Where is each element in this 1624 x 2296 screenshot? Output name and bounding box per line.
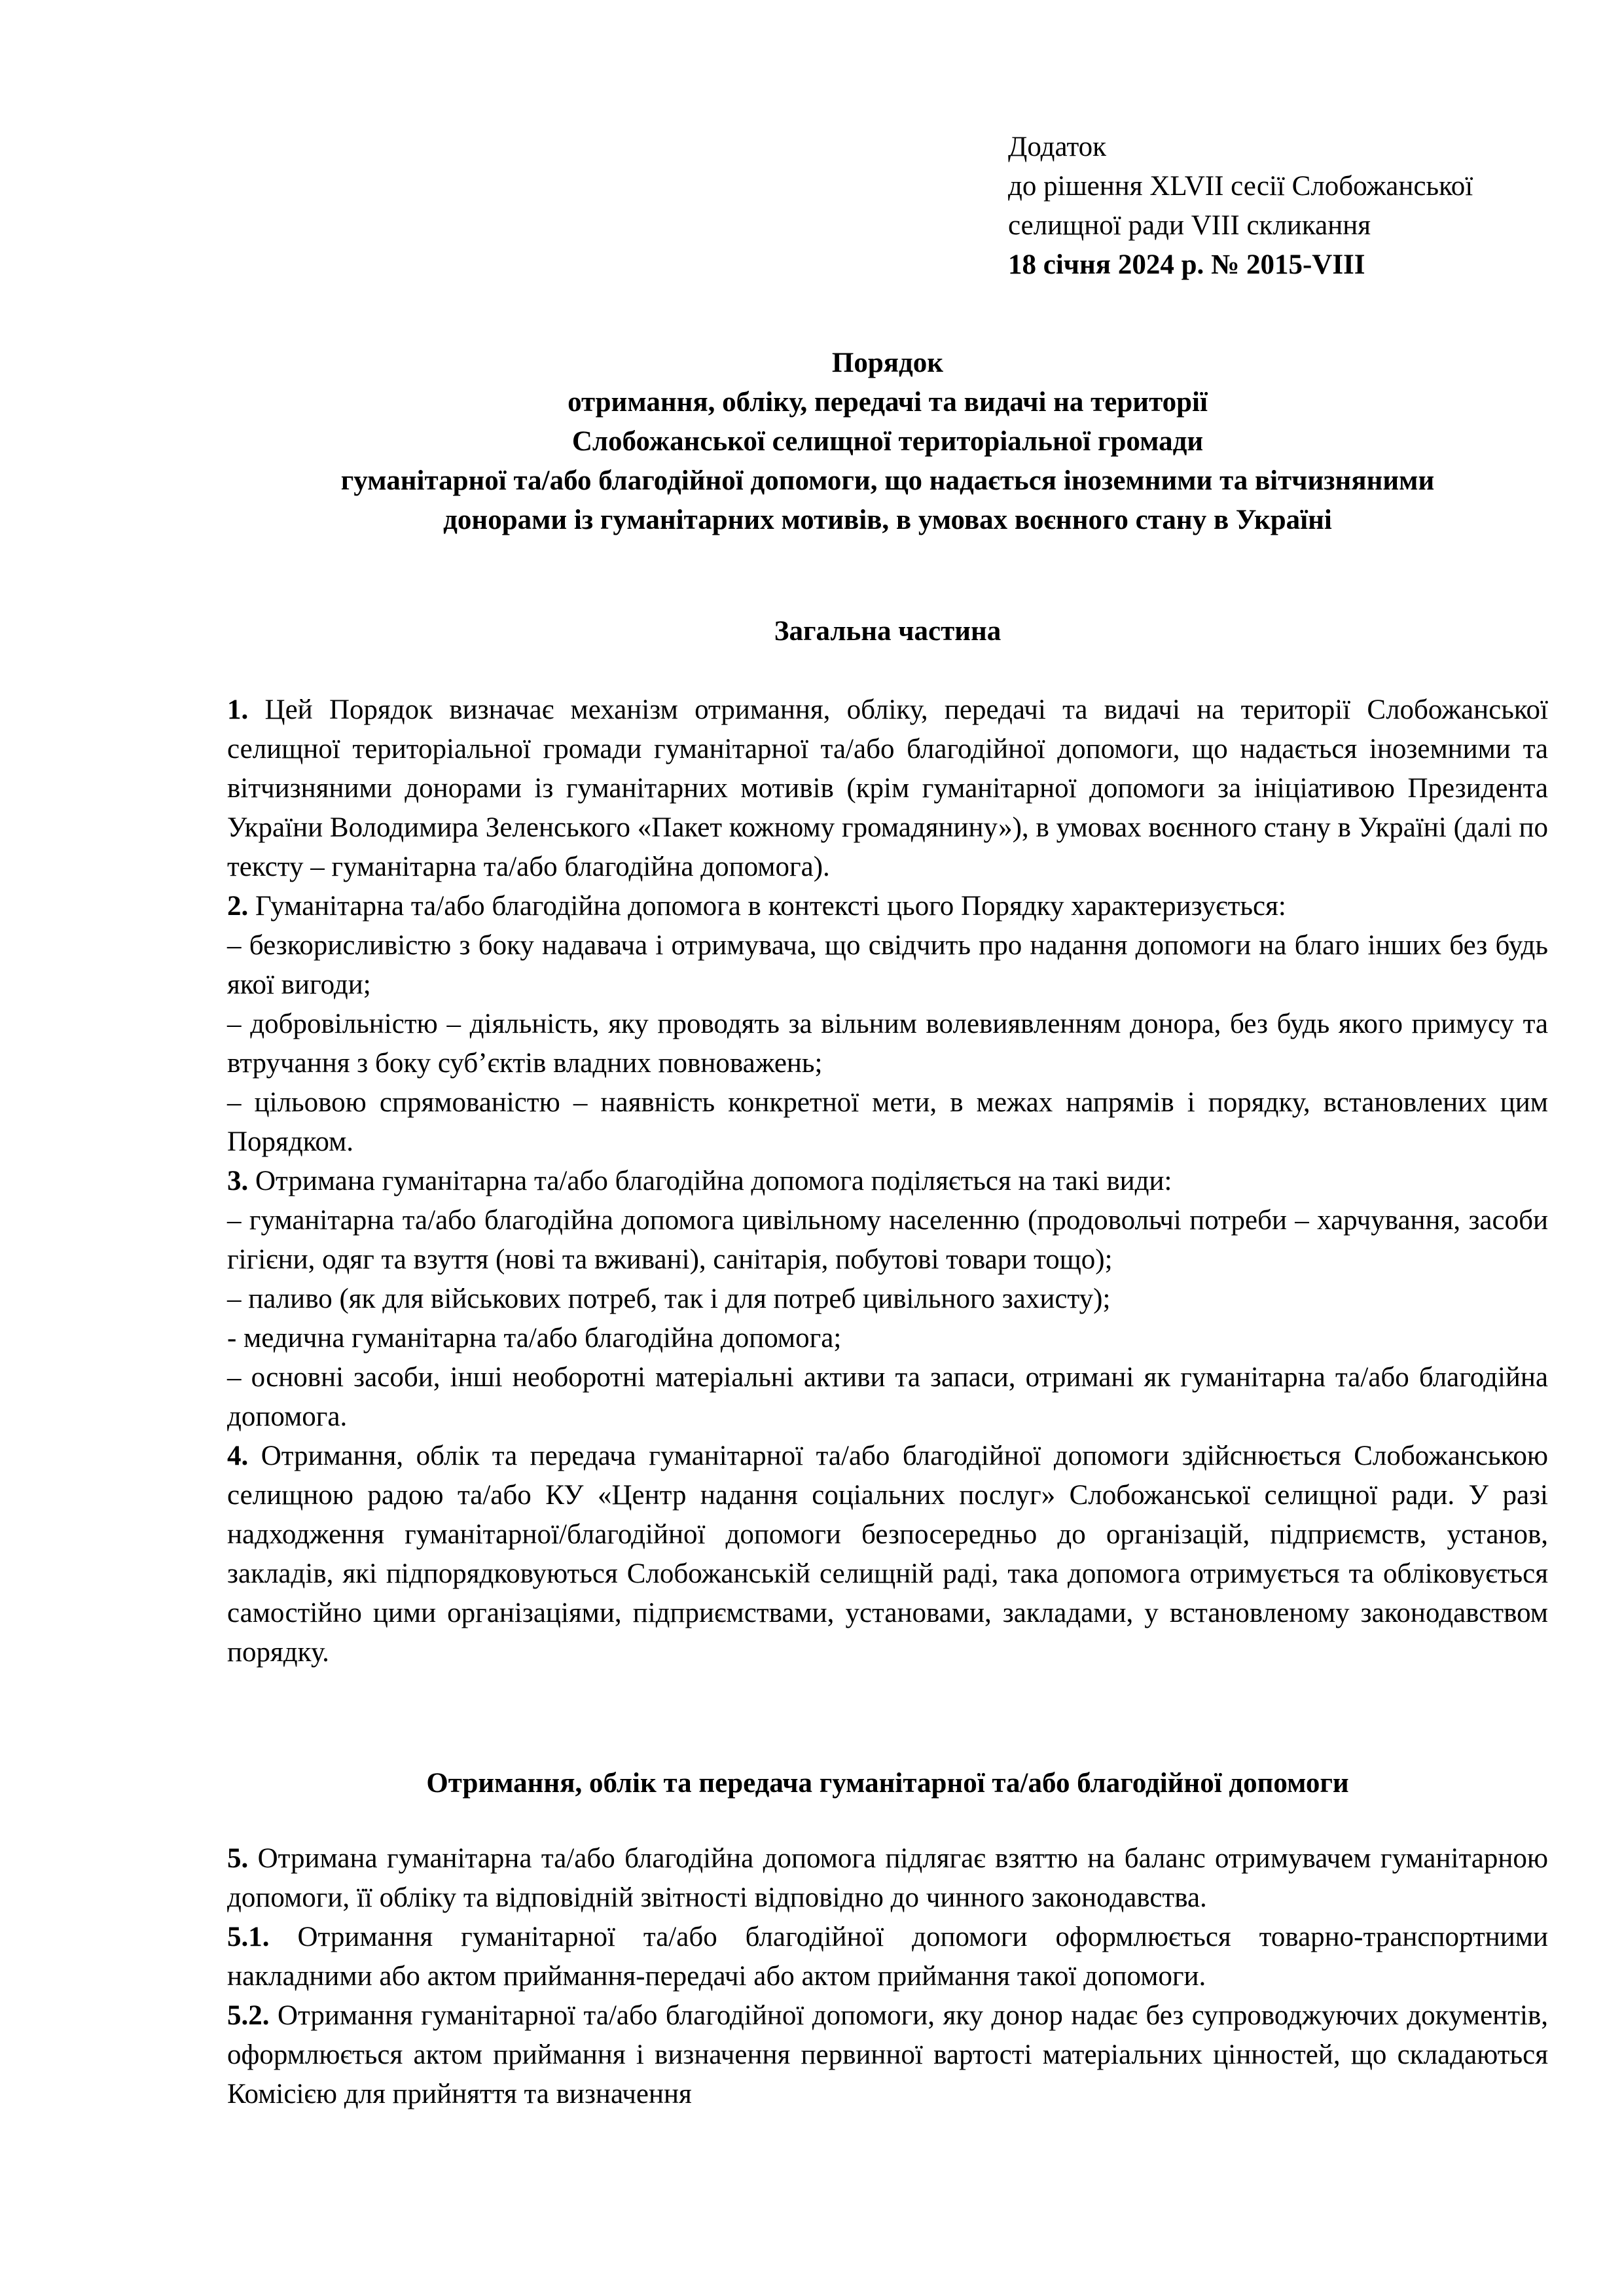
list-item-fixed-assets: – основні засоби, інші необоротні матері… [227,1358,1548,1437]
paragraph-text: – гуманітарна та/або благодійна допомога… [227,1205,1548,1275]
paragraph-3: 3. Отримана гуманітарна та/або благодійн… [227,1162,1548,1201]
paragraph-number: 5.2. [227,2000,270,2031]
paragraph-number: 4. [227,1441,248,1471]
document-page: Додаток до рішення XLVII сесії Слобожанс… [0,0,1624,2296]
paragraph-text: Цей Порядок визначає механізм отримання,… [227,694,1548,882]
list-item-selflessness: – безкорисливістю з боку надавача і отри… [227,926,1548,1005]
paragraph-number: 5. [227,1843,248,1874]
appendix-header-line-2: до рішення XLVII сесії Слобожанської [1008,167,1548,206]
paragraph-number: 1. [227,694,248,725]
paragraph-text: – безкорисливістю з боку надавача і отри… [227,930,1548,1000]
list-item-civilian-aid: – гуманітарна та/або благодійна допомога… [227,1201,1548,1280]
title-line-1: Порядок [227,344,1548,383]
paragraph-5: 5. Отримана гуманітарна та/або благодійн… [227,1839,1548,1918]
title-line-5: донорами із гуманітарних мотивів, в умов… [227,501,1548,540]
title-line-4: гуманітарної та/або благодійної допомоги… [227,461,1548,501]
list-item-fuel: – паливо (як для військових потреб, так … [227,1280,1548,1319]
appendix-header-line-1: Додаток [1008,128,1548,167]
title-line-2: отримання, обліку, передачі та видачі на… [227,383,1548,422]
paragraph-1: 1. Цей Порядок визначає механізм отриман… [227,691,1548,887]
paragraph-text: Отримання, облік та передача гуманітарно… [227,1441,1548,1668]
paragraph-number: 3. [227,1166,248,1196]
paragraph-5-2: 5.2. Отримання гуманітарної та/або благо… [227,1996,1548,2114]
section-heading-receipt: Отримання, облік та передача гуманітарно… [227,1764,1548,1803]
appendix-date-line: 18 січня 2024 р. № 2015-VIII [1008,245,1548,285]
paragraph-5-1: 5.1. Отримання гуманітарної та/або благо… [227,1918,1548,1996]
paragraph-text: Отримана гуманітарна та/або благодійна д… [227,1843,1548,1913]
appendix-header-line-3: селищної ради VIII скликання [1008,206,1548,245]
paragraph-text: – цільовою спрямованістю – наявність кон… [227,1087,1548,1157]
title-line-3: Слобожанської селищної територіальної гр… [227,422,1548,461]
paragraph-text: Отримання гуманітарної та/або благодійно… [227,1922,1548,1992]
document-title: Порядок отримання, обліку, передачі та в… [227,344,1548,540]
list-item-medical-aid: - медична гуманітарна та/або благодійна … [227,1319,1548,1358]
paragraph-2: 2. Гуманітарна та/або благодійна допомог… [227,887,1548,926]
paragraph-text: – паливо (як для військових потреб, так … [227,1283,1110,1314]
paragraph-text: Гуманітарна та/або благодійна допомога в… [248,891,1286,922]
appendix-header: Додаток до рішення XLVII сесії Слобожанс… [1008,128,1548,285]
paragraph-number: 5.1. [227,1922,270,1952]
page-content: Додаток до рішення XLVII сесії Слобожанс… [0,0,1624,2114]
paragraph-number: 2. [227,891,248,922]
paragraph-text: Отримана гуманітарна та/або благодійна д… [248,1166,1172,1196]
list-item-voluntariness: – добровільністю – діяльність, яку прово… [227,1005,1548,1083]
paragraph-text: - медична гуманітарна та/або благодійна … [227,1323,841,1354]
paragraph-text: Отримання гуманітарної та/або благодійно… [227,2000,1548,2109]
paragraph-text: – основні засоби, інші необоротні матері… [227,1362,1548,1432]
list-item-purposefulness: – цільовою спрямованістю – наявність кон… [227,1083,1548,1162]
section-heading-general: Загальна частина [227,612,1548,651]
paragraph-text: – добровільністю – діяльність, яку прово… [227,1009,1548,1079]
paragraph-4: 4. Отримання, облік та передача гуманіта… [227,1437,1548,1672]
